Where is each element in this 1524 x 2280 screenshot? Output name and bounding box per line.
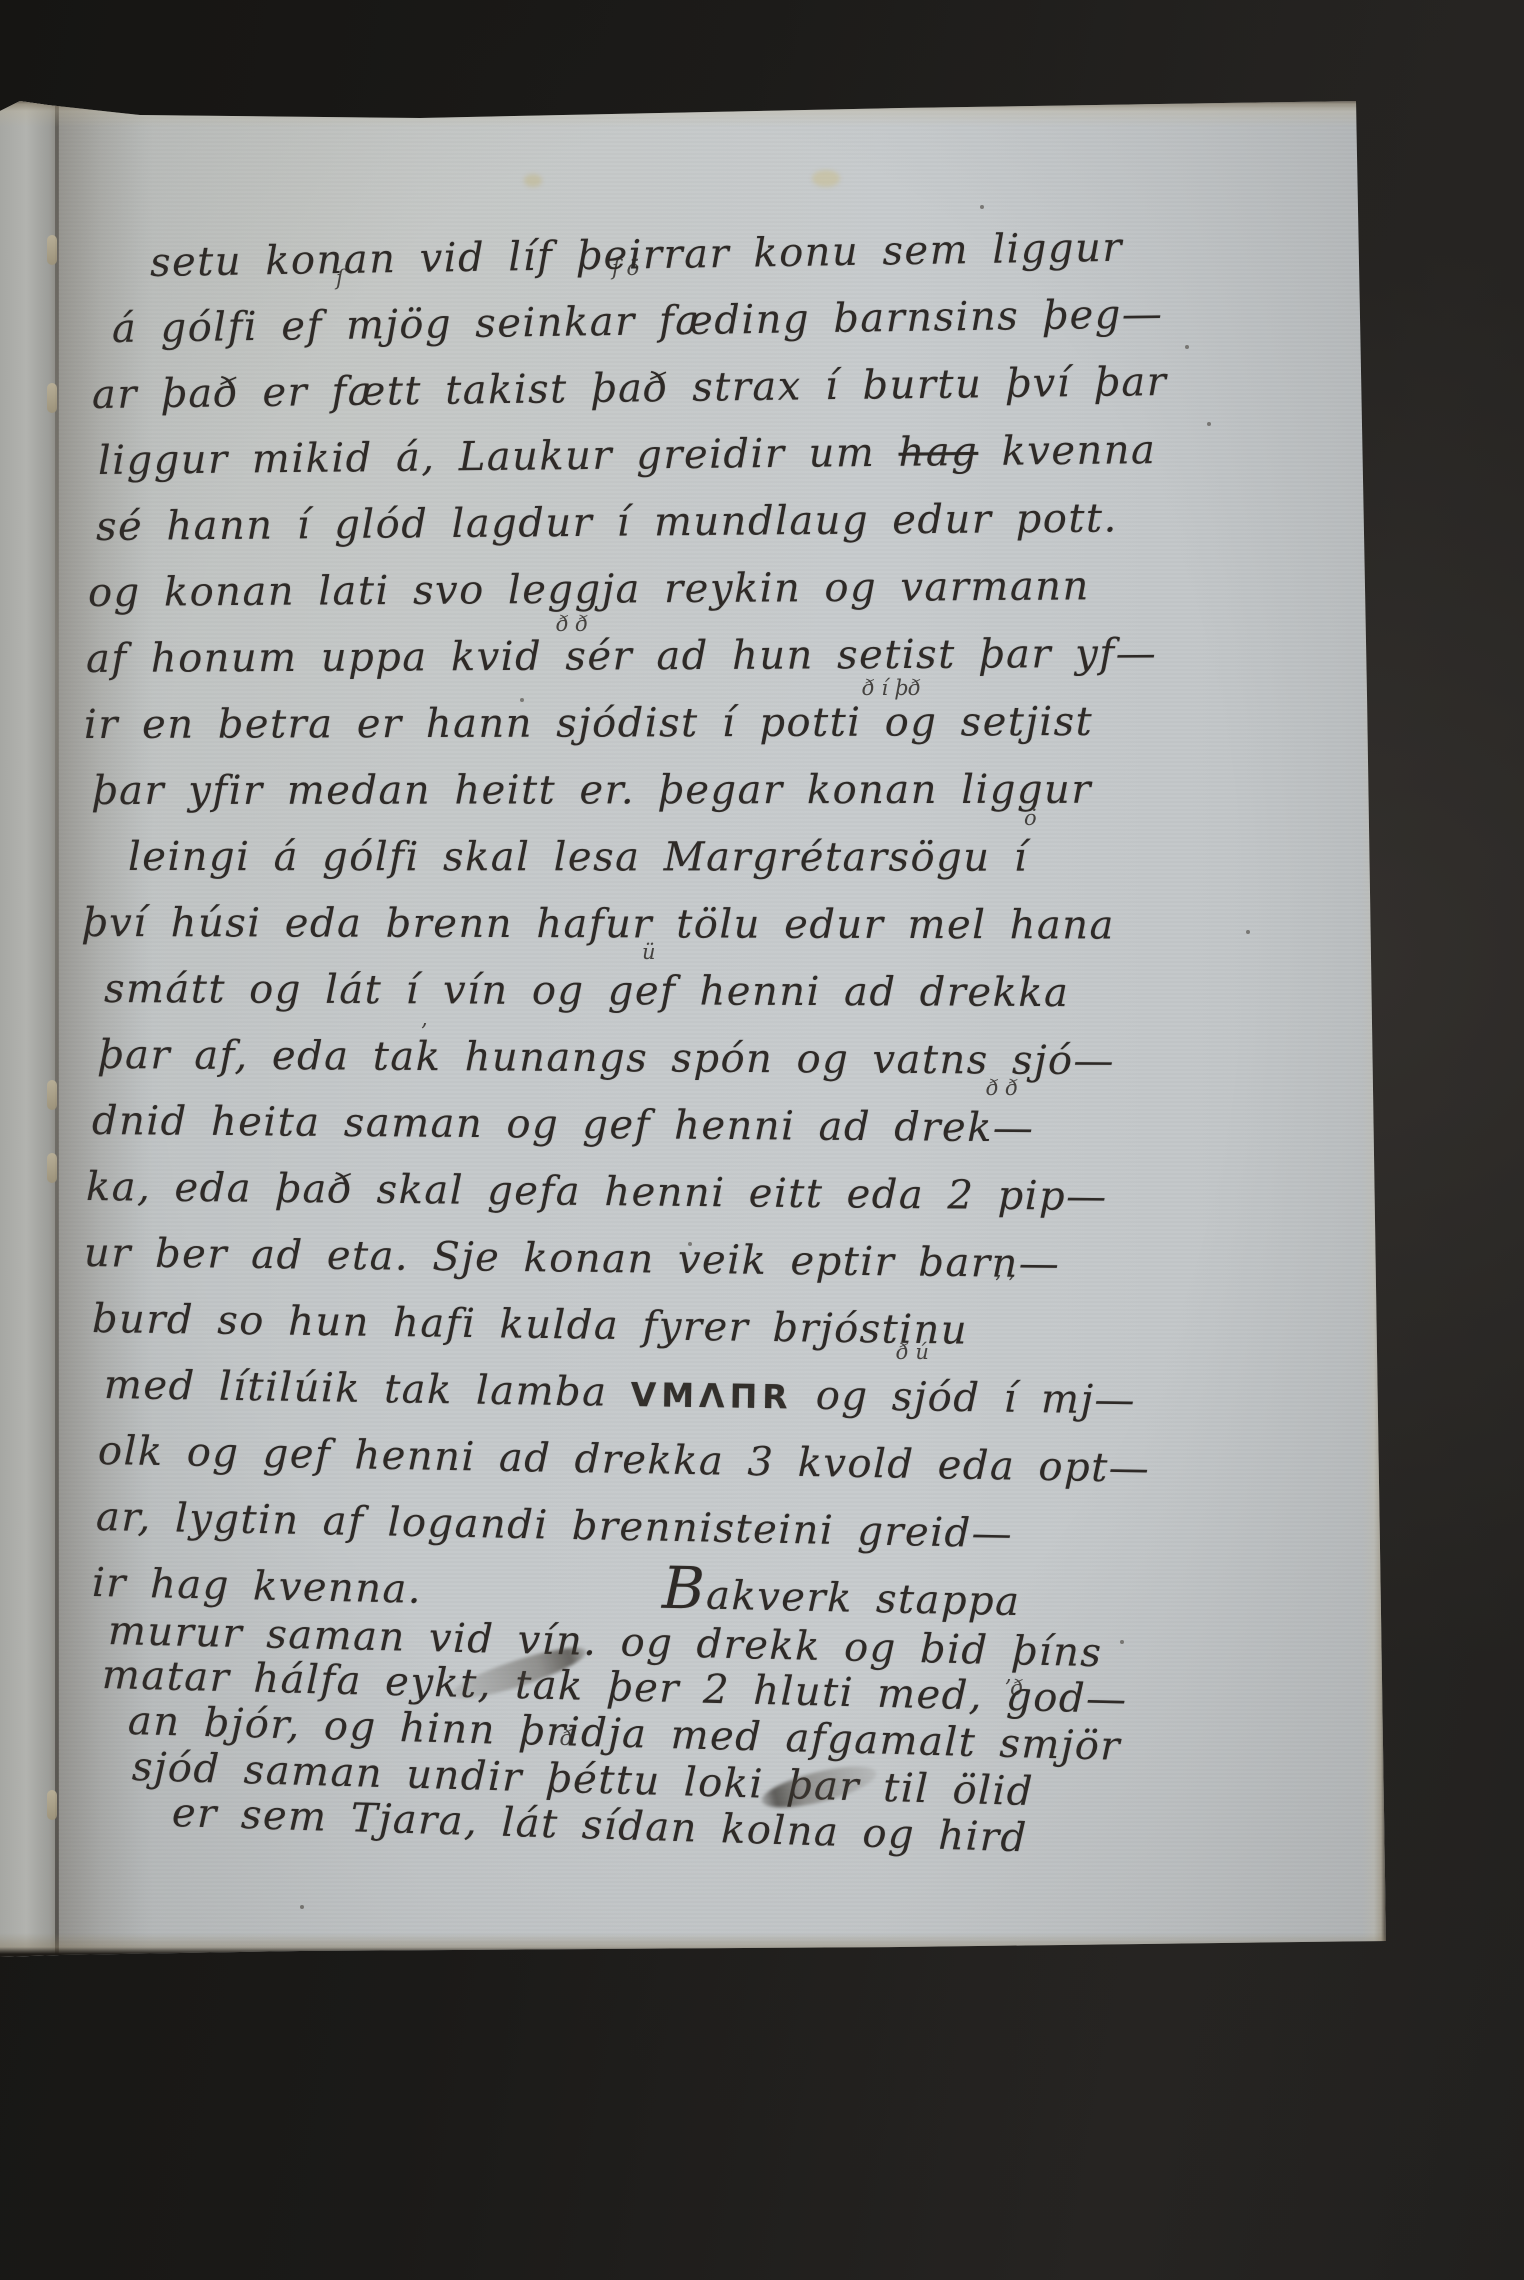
interlinear-mark: ð ú	[896, 1340, 929, 1364]
text-segment: kvenna	[978, 427, 1157, 475]
text-segment: ar, lygtin af logandi brennisteini greid…	[96, 1494, 1014, 1557]
text-segment: þar af, eda tak hunangs spón og vatns sj…	[98, 1032, 1115, 1084]
interlinear-mark: ʼð	[1004, 1676, 1023, 1700]
manuscript-line: burd so hun hafi kulda fyrer brjóstinu	[92, 1296, 969, 1354]
manuscript-line: þar yfir medan heitt er. þegar konan lig…	[92, 767, 1092, 814]
text-segment: smátt og lát í vín og gef henni ad drekk…	[104, 966, 1070, 1016]
text-segment: ur ber ad eta. Sje konan veik eptir barn…	[84, 1230, 1061, 1287]
manuscript-line: ir en betra er hann sjódist í potti og s…	[84, 699, 1093, 748]
text-segment: og konan lati svo leggja reykin og varma…	[88, 563, 1090, 616]
text-segment: liggur mikid á, Laukur greidir um	[98, 430, 899, 484]
manuscript-line: liggur mikid á, Laukur greidir um hag kv…	[98, 427, 1157, 484]
manuscript-line: af honum uppa kvid sér ad hun setist þar…	[86, 631, 1157, 682]
manuscript-line: og konan lati svo leggja reykin og varma…	[88, 563, 1090, 616]
manuscript-line: dnid heita saman og gef henni ad drek—	[92, 1098, 1035, 1151]
manuscript-line: ka, eda það skal gefa henni eitt eda 2 p…	[86, 1164, 1108, 1220]
seam-stitch	[47, 1153, 57, 1183]
seam-stitch	[47, 1790, 57, 1820]
interlinear-mark: ſ ö	[612, 256, 639, 280]
text-segment: og sjód í mj—	[792, 1372, 1136, 1423]
interlinear-mark: ð ð	[556, 612, 588, 636]
seam-stitch	[47, 235, 57, 265]
manuscript-line: ar það er fætt takist það strax í burtu …	[92, 359, 1168, 418]
manuscript-line: þar af, eda tak hunangs spón og vatns sj…	[98, 1032, 1115, 1084]
text-segment: akverk stappa	[706, 1573, 1021, 1625]
text-segment: dnid heita saman og gef henni ad drek—	[92, 1098, 1035, 1151]
text-segment: ar það er fætt takist það strax í burtu …	[92, 359, 1168, 418]
text-segment: ir hag kvenna.	[92, 1560, 423, 1613]
seam-stitch	[47, 383, 57, 413]
text-segment: því húsi eda brenn hafur tölu edur mel h…	[82, 900, 1115, 949]
text-segment: þar yfir medan heitt er. þegar konan lig…	[92, 767, 1092, 814]
interlinear-mark: ö	[1024, 806, 1037, 830]
manuscript-photo: setu konan vid líf þeirrar konu sem ligg…	[0, 0, 1524, 2280]
manuscript-line: því húsi eda brenn hafur tölu edur mel h…	[82, 900, 1115, 949]
manuscript-line: á gólfi ef mjög seinkar fæding barnsins …	[112, 291, 1164, 352]
manuscript-line: med lítilúik tak lamba VMΛΠR og sjód í m…	[104, 1362, 1137, 1424]
text-segment: sé hann í glód lagdur í mundlaug edur po…	[96, 495, 1118, 550]
manuscript-line: smátt og lát í vín og gef henni ad drekk…	[104, 966, 1070, 1016]
manuscript-page: setu konan vid líf þeirrar konu sem ligg…	[0, 95, 1392, 1957]
struck-out-word: hag	[898, 429, 978, 476]
text-lines: setu konan vid líf þeirrar konu sem ligg…	[0, 95, 1392, 1957]
text-segment: á gólfi ef mjög seinkar fæding barnsins …	[112, 291, 1164, 352]
interlinear-mark: ü	[642, 940, 656, 964]
text-segment: af honum uppa kvid sér ad hun setist þar…	[86, 631, 1157, 682]
runic-word: VMΛΠR	[630, 1375, 793, 1416]
manuscript-line: ar, lygtin af logandi brennisteini greid…	[96, 1494, 1014, 1557]
text-segment: ir en betra er hann sjódist í potti og s…	[84, 699, 1093, 748]
interlinear-mark: ſ	[336, 266, 344, 290]
interlinear-mark: ʼ ʼ	[994, 1272, 1014, 1296]
swash-capital: B	[661, 1554, 707, 1623]
manuscript-line: sé hann í glód lagdur í mundlaug edur po…	[96, 495, 1118, 550]
interlinear-mark: ð í þð	[862, 676, 921, 700]
text-segment: ka, eda það skal gefa henni eitt eda 2 p…	[86, 1164, 1108, 1220]
interlinear-mark: ð ð	[986, 1076, 1018, 1100]
text-segment: olk og gef henni ad drekka 3 kvold eda o…	[98, 1428, 1151, 1492]
interlinear-mark: ʼ	[420, 1020, 427, 1044]
interlinear-mark: ð	[560, 1726, 573, 1750]
manuscript-line: olk og gef henni ad drekka 3 kvold eda o…	[98, 1428, 1151, 1492]
text-segment: leingi á gólfi skal lesa Margrétarsögu í	[128, 834, 1028, 881]
manuscript-line: ur ber ad eta. Sje konan veik eptir barn…	[84, 1230, 1061, 1287]
manuscript-line: leingi á gólfi skal lesa Margrétarsögu í	[128, 834, 1028, 881]
text-segment: burd so hun hafi kulda fyrer brjóstinu	[92, 1296, 969, 1354]
text-segment: med lítilúik tak lamba	[104, 1362, 631, 1416]
seam-stitch	[47, 1080, 57, 1110]
